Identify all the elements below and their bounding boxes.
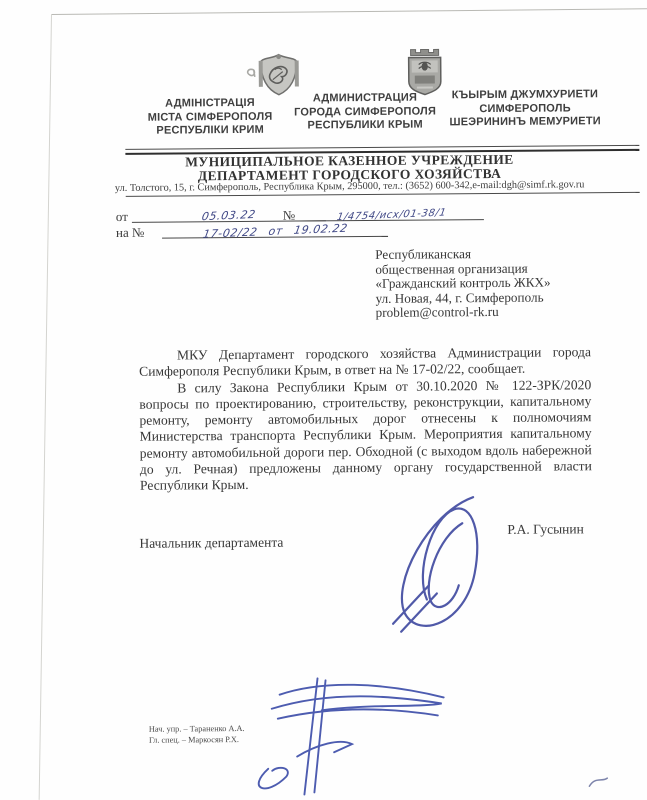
simferopol-emblem-icon: [403, 47, 447, 95]
scan-page: АДМІНІСТРАЦІЯ МІСТА СІМФЕРОПОЛЯ РЕСПУБЛІ…: [48, 8, 647, 800]
header-line: КЪЫРЫМ ДЖУМХУРИЕТИ: [445, 88, 605, 103]
header-line: СИМФЕРОПОЛЬ: [445, 102, 605, 117]
header-line: ШЕЭРИНИНЪ МЕМУРИЕТИ: [445, 115, 605, 130]
recipient-line: problem@control-rk.ru: [376, 304, 636, 321]
footer-signature-scrawl-icon: [202, 675, 455, 800]
recipient-block: Республиканская общественная организация…: [375, 246, 636, 321]
crimea-emblem-icon: [256, 52, 302, 96]
header-line: АДМИНИСТРАЦИЯ: [289, 91, 441, 106]
body-paragraph-1: МКУ Департамент городского хозяйства Адм…: [139, 344, 591, 380]
header-col-ru: АДМИНИСТРАЦИЯ ГОРОДА СИМФЕРОПОЛЯ РЕСПУБЛ…: [289, 91, 441, 133]
header-line: РЕСПУБЛІКИ КРИМ: [134, 124, 286, 139]
header-line: МІСТА СІМФЕРОПОЛЯ: [134, 110, 286, 125]
signer-title: Начальник департамента: [139, 535, 283, 552]
header-line: АДМІНІСТРАЦІЯ: [134, 97, 286, 112]
corner-pen-mark-icon: [587, 774, 609, 790]
director-signature-icon: [370, 489, 511, 640]
ref-reply-line: 17-02/22 от 19.02.22: [162, 220, 388, 239]
header-line: ГОРОДА СИМФЕРОПОЛЯ: [289, 105, 441, 120]
ref-from-label: от: [116, 209, 128, 225]
letter-body: МКУ Департамент городского хозяйства Адм…: [139, 344, 592, 494]
ref-reply-label: на №: [116, 225, 145, 241]
ref-reply-value: 17-02/22 от 19.02.22: [202, 222, 349, 241]
signer-name: Р.А. Гусынин: [507, 521, 584, 538]
body-paragraph-2: В силу Закона Республики Крым от 30.10.2…: [139, 377, 592, 495]
ref-number-line: 1/4754/исх/01-38/1: [300, 203, 484, 221]
header-col-crh: КЪЫРЫМ ДЖУМХУРИЕТИ СИМФЕРОПОЛЬ ШЕЭРИНИНЪ…: [445, 88, 605, 130]
header-line: РЕСПУБЛИКИ КРЫМ: [289, 118, 441, 133]
header-col-ua: АДМІНІСТРАЦІЯ МІСТА СІМФЕРОПОЛЯ РЕСПУБЛІ…: [134, 97, 286, 139]
